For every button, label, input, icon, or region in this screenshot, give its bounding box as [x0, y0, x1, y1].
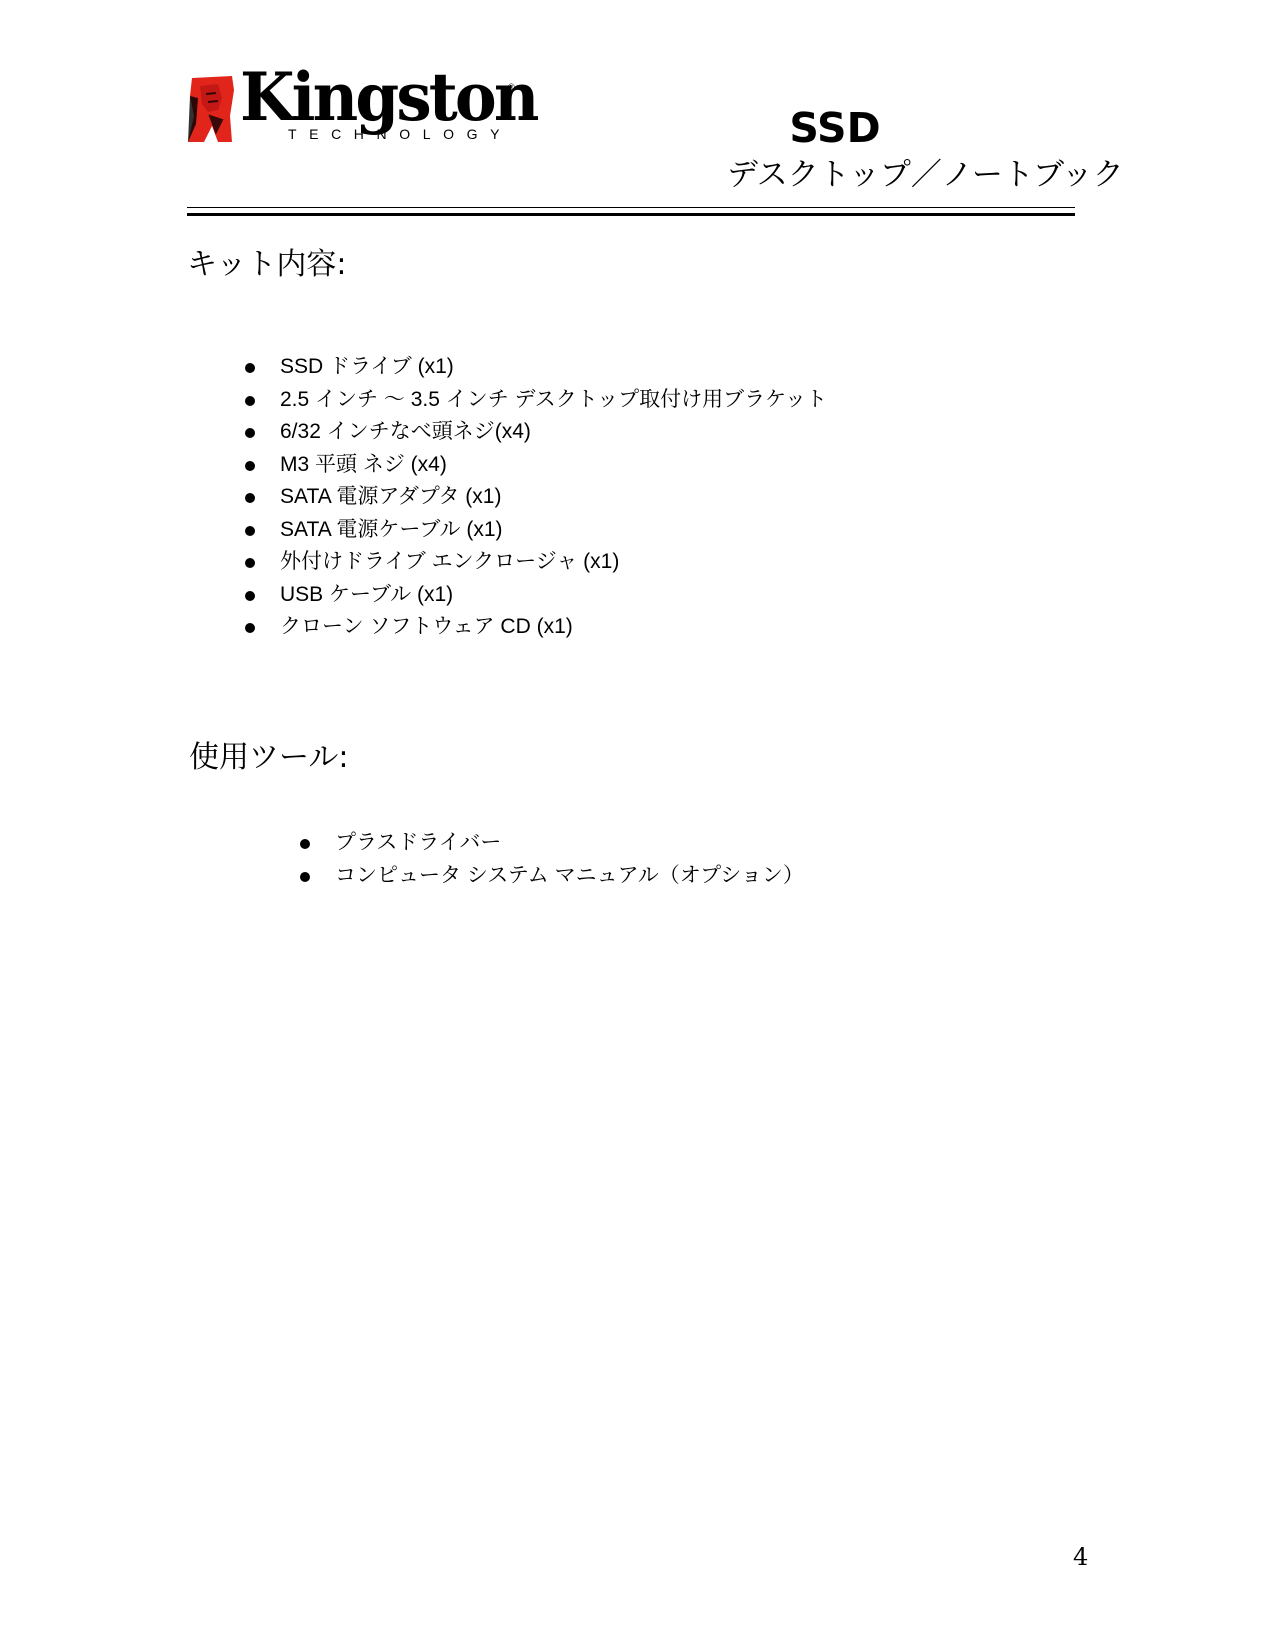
- header-rule-thick: [187, 213, 1075, 216]
- bullet-icon: [245, 591, 255, 601]
- list-item: SATA 電源ケーブル (x1): [245, 514, 945, 547]
- bullet-icon: [245, 558, 255, 568]
- kingston-logo: Kingston ® TECHNOLOGY: [188, 74, 518, 146]
- document-subtitle: デスクトップ／ノートブック: [727, 158, 1124, 192]
- header-rule-thin: [187, 207, 1075, 208]
- list-item: SATA 電源アダプタ (x1): [245, 481, 945, 514]
- list-item: M3 平頭 ネジ (x4): [245, 449, 945, 482]
- tools-heading: 使用ツール:: [189, 743, 349, 773]
- list-item: クローン ソフトウェア CD (x1): [245, 611, 945, 644]
- bullet-icon: [245, 363, 255, 373]
- bullet-icon: [245, 461, 255, 471]
- logo-wordmark: Kingston: [240, 64, 537, 130]
- list-item: コンピュータ システム マニュアル（オプション）: [300, 860, 1000, 893]
- list-item: SSD ドライブ (x1): [245, 351, 945, 384]
- bullet-icon: [300, 872, 310, 882]
- list-item: USB ケーブル (x1): [245, 579, 945, 612]
- list-item: 外付けドライブ エンクロージャ (x1): [245, 546, 945, 579]
- list-item: プラスドライバー: [300, 827, 1000, 860]
- bullet-icon: [245, 623, 255, 633]
- tools-list: プラスドライバー コンピュータ システム マニュアル（オプション）: [300, 827, 1000, 892]
- bullet-icon: [245, 526, 255, 536]
- bullet-icon: [245, 396, 255, 406]
- list-item: 2.5 インチ ～ 3.5 インチ デスクトップ取付け用ブラケット: [245, 384, 945, 417]
- list-item: 6/32 インチなべ頭ネジ(x4): [245, 416, 945, 449]
- bullet-icon: [300, 839, 310, 849]
- document-title: SSD: [700, 108, 970, 149]
- kit-contents-heading: キット内容:: [187, 250, 347, 280]
- bullet-icon: [245, 493, 255, 503]
- page-number: 4: [1073, 1545, 1088, 1569]
- kit-contents-list: SSD ドライブ (x1) 2.5 インチ ～ 3.5 インチ デスクトップ取付…: [245, 351, 945, 644]
- registered-mark: ®: [508, 82, 515, 92]
- bullet-icon: [245, 428, 255, 438]
- logo-tagline: TECHNOLOGY: [288, 127, 512, 141]
- kingston-head-icon: [188, 76, 236, 142]
